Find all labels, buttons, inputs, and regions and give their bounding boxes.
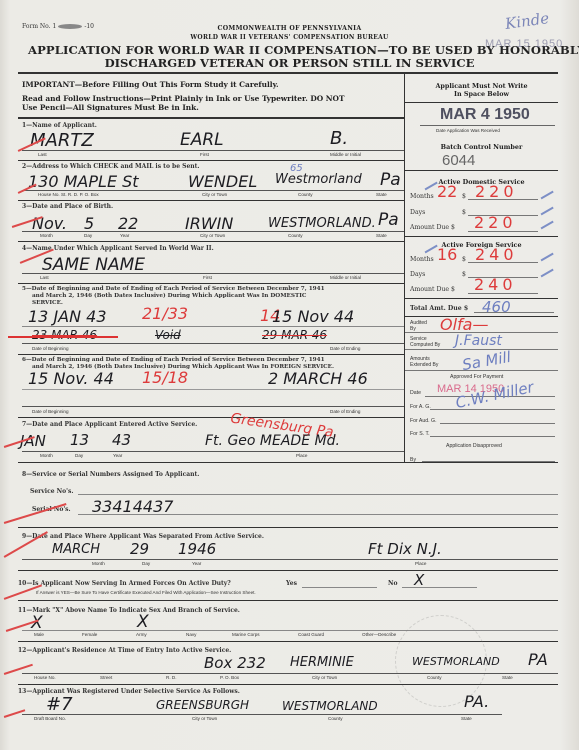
checkmark-blue (541, 221, 554, 229)
org-line-1: COMMONWEALTH OF PENNSYLVANIA (0, 25, 579, 32)
foreign-days-label: Days (410, 271, 425, 278)
for-st-label: For S. T. (410, 431, 430, 437)
q1-sub-last: Last (38, 152, 47, 157)
q10-no-underline (402, 587, 477, 588)
q2-sub-city: City or Town (202, 192, 227, 197)
q3-sub-month: Month (40, 233, 53, 238)
q6-months-note: 15/18 (142, 368, 188, 387)
foreign-months-value: 16 (437, 245, 457, 264)
q12-county[interactable]: WESTMORLAND (412, 655, 500, 668)
strike-line-red (8, 336, 118, 338)
q2-city[interactable]: WENDEL (188, 172, 257, 191)
q13-county[interactable]: WESTMORLAND (282, 699, 378, 713)
for-ag-line (430, 409, 555, 410)
section-rule (18, 684, 558, 685)
audited-by-label: Audited By (410, 320, 432, 332)
date-received-stamp: MAR 4 1950 (440, 106, 530, 124)
total-amount-value: 460 (482, 298, 511, 316)
q2-state[interactable]: Pa (380, 170, 401, 190)
for-aud-g-line (440, 423, 555, 424)
q9-sub-place: Place (415, 561, 427, 566)
q2-county-note: 65 (290, 163, 303, 174)
form-title-line-2: DISCHARGED VETERAN OR PERSON STILL IN SE… (0, 56, 579, 70)
instructions-line-1: IMPORTANT—Before Filling Out This Form S… (22, 80, 279, 89)
instructions-line-3: Use Pencil—All Signatures Must Be in Ink… (22, 103, 199, 112)
for-ag-label: For A. G. (410, 404, 431, 410)
domestic-amount-due-label: Amount Due $ (410, 224, 455, 231)
q8-service-field[interactable] (78, 494, 558, 495)
service-computed-label: Service Computed By (410, 336, 450, 348)
q13-board-number[interactable]: #7 (46, 694, 73, 715)
q8-service-label: Service No's. (30, 488, 73, 495)
q12-underline (22, 673, 558, 674)
q11-option-navy: Navy (186, 632, 196, 637)
section-rule (18, 600, 558, 601)
foreign-months-label: Months (410, 256, 434, 263)
disapproved-heading: Application Disapproved (446, 443, 502, 449)
q3-state[interactable]: Pa (378, 210, 399, 230)
office-heading-1: Applicant Must Not Write (405, 82, 558, 90)
q10-no-label: No (388, 580, 398, 587)
q4-served-name[interactable]: SAME NAME (42, 255, 145, 275)
q12-sub-county: County (427, 675, 442, 680)
q7-sub-month: Month (40, 453, 53, 458)
q5-begin-date[interactable]: 13 JAN 43 (28, 307, 107, 326)
computed-line (405, 349, 558, 350)
q3-underline (22, 231, 404, 232)
office-column-divider (404, 72, 405, 462)
amounts-extended-label: Amounts Extended By (410, 356, 450, 368)
approved-date-label: Date (410, 390, 421, 396)
foreign-months-line (468, 262, 538, 263)
q2-street[interactable]: 130 MAPLE St (28, 172, 139, 191)
checkmark-blue (541, 191, 554, 199)
domestic-days-dollar: $ (462, 209, 466, 216)
section-rule (18, 117, 404, 119)
q1-label: 1—Name of Applicant. (22, 122, 97, 129)
q5-sub-begin: Date of Beginning (32, 346, 69, 351)
foreign-amount-due: 240 (474, 275, 517, 294)
q7-day[interactable]: 13 (70, 431, 89, 449)
q5-struck-note: Void (155, 328, 181, 342)
q4-sub-middle: Middle or Initial (330, 275, 361, 280)
q3-county[interactable]: WESTMORLAND. (268, 216, 376, 231)
q7-underline (22, 451, 404, 452)
q12-label: 12—Applicant's Residence At Time of Entr… (18, 647, 231, 654)
q10-yes-field[interactable] (302, 587, 377, 588)
q6-sub-end: Date of Ending (330, 409, 360, 414)
domestic-months-dollar: $ (462, 193, 466, 200)
q12-sub-house: House No. (34, 675, 56, 680)
q13-sub-state: State (461, 716, 472, 721)
q5-end-date[interactable]: 15 Nov 44 (272, 307, 354, 326)
q10-label: 10—Is Applicant Now Serving In Armed For… (18, 580, 231, 587)
section-rule (18, 570, 558, 571)
section-rule (18, 200, 404, 201)
q11-option-coast-guard: Coast Guard (298, 632, 324, 637)
date-received-label: Date Application Was Received (436, 128, 500, 133)
q9-day[interactable]: 29 (130, 540, 149, 558)
q5-months-note: 21/33 (142, 304, 188, 323)
office-rule (405, 170, 558, 171)
q10-note: If Answer is YES—Be Sure To Have Certifi… (36, 590, 256, 595)
q11-option-other: Other—Describe (362, 632, 396, 637)
q11-underline (22, 630, 558, 631)
domestic-days-label: Days (410, 209, 425, 216)
domestic-months-value: 22 (437, 182, 457, 201)
q10-yes-label: Yes (286, 580, 297, 587)
q6-line-2 (22, 406, 404, 407)
q4-sub-last: Last (40, 275, 49, 280)
q13-sub-city: City or Town (192, 716, 217, 721)
section-rule (18, 241, 404, 242)
q6-begin-date[interactable]: 15 Nov. 44 (28, 369, 114, 388)
q1-sub-middle: Middle or Initial (330, 152, 361, 157)
q1-sub-first: First (200, 152, 209, 157)
q2-label: 2—Address to Which CHECK and MAIL is to … (22, 163, 200, 170)
q9-sub-year: Year (192, 561, 201, 566)
q7-sub-day: Day (75, 453, 83, 458)
q5-label-2: and March 2, 1946 (Both Dates Inclusive)… (32, 293, 306, 299)
domestic-months-line (468, 199, 538, 200)
q5-label-3: SERVICE. (32, 300, 63, 306)
section-rule (18, 417, 404, 418)
domestic-amount-line (468, 231, 538, 232)
q2-sub-state: State (376, 192, 387, 197)
q7-sub-place: Place (296, 453, 308, 458)
checkmark-blue (541, 269, 554, 277)
q2-sub-street: House No. St. R. D. P. O. Box (38, 192, 99, 197)
q13-underline (22, 714, 502, 715)
q9-sub-day: Day (142, 561, 150, 566)
q12-city[interactable]: HERMINIE (290, 655, 354, 670)
foreign-days-dollar: $ (462, 271, 466, 278)
q13-sub-board: Draft Board No. (34, 716, 66, 721)
q3-sub-day: Day (84, 233, 92, 238)
q3-sub-state: State (376, 233, 387, 238)
service-computed-signature: J.Faust (455, 333, 502, 349)
q2-sub-county: County (298, 192, 313, 197)
q9-month[interactable]: MARCH (52, 542, 100, 557)
q6-line-1 (22, 389, 404, 390)
section-rule (18, 527, 558, 528)
received-stamp: MAR 15 1950 (485, 38, 563, 50)
instructions-line-2: Read and Follow Instructions—Print Plain… (22, 94, 344, 103)
q1-underline (22, 150, 404, 151)
q3-label: 3—Date and Place of Birth. (22, 203, 113, 210)
foreign-amount-due-label: Amount Due $ (410, 286, 455, 293)
q11-label: 11—Mark "X" Above Name To Indicate Sex A… (18, 607, 240, 614)
q7-place[interactable]: Ft. Geo MEADE Md. (205, 433, 340, 449)
q9-year[interactable]: 1946 (178, 540, 216, 558)
q5-label-1: 5—Date of Beginning and Date of Ending o… (22, 286, 325, 292)
section-rule (18, 462, 558, 463)
q8-serial-underline (78, 514, 558, 515)
q9-sub-month: Month (92, 561, 105, 566)
q3-sub-county: County (288, 233, 303, 238)
q13-state[interactable]: PA. (464, 692, 489, 711)
q6-label-1: 6—Date of Beginning and Date of Ending o… (22, 357, 325, 363)
approved-heading: Approved For Payment (450, 374, 503, 380)
q2-underline (22, 190, 404, 191)
q7-label: 7—Date and Place Applicant Entered Activ… (22, 421, 197, 428)
for-st-line (430, 436, 555, 437)
domestic-amount-due: 220 (474, 213, 517, 232)
disapproved-by-line (422, 461, 555, 462)
q3-sub-year: Year (120, 233, 129, 238)
q5-struck-begin: 23 MAR 46 (32, 328, 97, 342)
q5-line-1 (22, 326, 404, 327)
office-rule (405, 236, 558, 237)
checkmark-blue (541, 207, 554, 215)
q9-underline (22, 559, 558, 560)
q5-struck-end: 29 MAR 46 (262, 328, 327, 342)
q6-end-date[interactable]: 2 MARCH 46 (268, 369, 368, 388)
q11-option-army: Army (136, 632, 147, 637)
q5-line-2 (22, 343, 404, 344)
q4-underline (22, 273, 404, 274)
q1-middle-initial[interactable]: B. (330, 128, 348, 149)
disapproved-by-label: By (410, 457, 416, 463)
section-rule (18, 160, 404, 161)
for-aud-g-label: For Aud. G. (410, 418, 437, 424)
q12-sub-rd: R. D. (166, 675, 176, 680)
q2-county[interactable]: Westmorland (275, 172, 362, 187)
batch-control-label: Batch Control Number (405, 143, 558, 151)
q12-sub-city: City or Town (312, 675, 337, 680)
foreign-months-dollar: $ (462, 256, 466, 263)
batch-control-number: 6044 (442, 152, 475, 169)
q8-label: 8—Service or Serial Numbers Assigned To … (22, 471, 199, 478)
q1-first-name[interactable]: EARL (180, 130, 224, 150)
q6-sub-begin: Date of Beginning (32, 409, 69, 414)
q11-mark-army[interactable]: X (137, 612, 149, 632)
office-rule (405, 102, 558, 103)
checkmark-blue (541, 253, 554, 261)
q9-label: 9—Date and Place Where Applicant Was Sep… (22, 533, 264, 540)
q12-sub-street: Street (100, 675, 112, 680)
q11-option-female: Female (82, 632, 97, 637)
q12-sub-state: State (502, 675, 513, 680)
domestic-months-label: Months (410, 193, 434, 200)
q12-po-box[interactable]: Box 232 (204, 654, 266, 672)
q5-sub-end: Date of Ending (330, 346, 360, 351)
q7-year[interactable]: 43 (112, 431, 131, 449)
total-amount-label: Total Amt. Due $ (410, 305, 468, 312)
q3-sub-city: City or Town (200, 233, 225, 238)
extended-line (405, 370, 558, 371)
q4-sub-first: First (203, 275, 212, 280)
q12-state[interactable]: PA (528, 650, 548, 669)
header-rule (18, 72, 558, 74)
section-rule (18, 283, 404, 284)
foreign-amount-line (468, 293, 538, 294)
application-form: Form No. 1-10 COMMONWEALTH OF PENNSYLVAN… (0, 0, 579, 750)
q13-sub-county: County (328, 716, 343, 721)
q11-option-marine-corps: Marine Corps (232, 632, 260, 637)
q11-option-male: Male (34, 632, 44, 637)
office-line (420, 125, 555, 126)
office-heading-2: In Space Below (405, 90, 558, 98)
total-amount-line (474, 312, 554, 313)
q7-sub-year: Year (113, 453, 122, 458)
section-rule (18, 354, 404, 355)
q9-place[interactable]: Ft Dix N.J. (368, 540, 442, 558)
q12-sub-po: P. O. Box (220, 675, 239, 680)
q13-city[interactable]: GREENSBURGH (156, 698, 249, 712)
